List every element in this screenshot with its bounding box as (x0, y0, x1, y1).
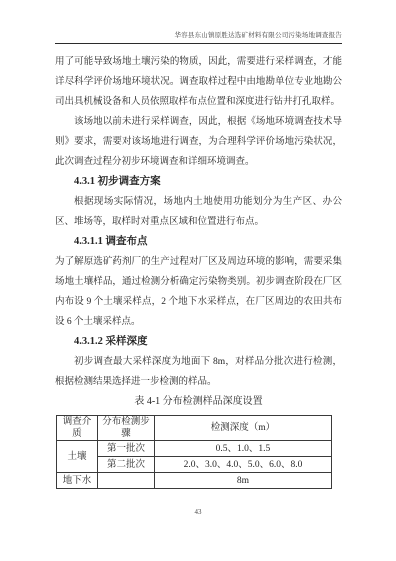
section-heading-4-3-1-2: 4.3.1.2 采样深度 (55, 332, 342, 352)
table-header-row: 调查介质 分布检测步骤 检测深度（m） (57, 416, 332, 441)
paragraph-site-zones: 根据现场实际情况，场地内土地使用功能划分为生产区、办公区、堆场等，取样时对重点区… (55, 192, 342, 232)
paragraph-sampling-points: 为了解原选矿药剂厂的生产过程对厂区及周边环境的影响，需要采集场地土壤样品，通过检… (55, 252, 342, 332)
depth-cell-first: 0.5、1.0、1.5 (155, 441, 332, 457)
table-caption: 表 4-1 分布检测样品深度设置 (55, 392, 342, 412)
table-row-soil-batch2: 第二批次 2.0、3.0、4.0、5.0、6.0、8.0 (57, 457, 332, 473)
depth-cell-second: 2.0、3.0、4.0、5.0、6.0、8.0 (155, 457, 332, 473)
medium-cell-groundwater: 地下水 (57, 473, 98, 489)
table-row-groundwater: 地下水 8m (57, 473, 332, 489)
medium-cell-soil: 土壤 (57, 441, 98, 473)
page-header: 华容县东山镇原胜达选矿材料有限公司污染场地调查报告 (55, 0, 342, 44)
header-cell-batch: 分布检测步骤 (98, 416, 155, 441)
batch-cell-second: 第二批次 (98, 457, 155, 473)
batch-cell-empty (98, 473, 155, 489)
paragraph-sampling-reason: 用了可能导致场地土壤污染的物质，因此，需要进行采样调查，才能详尽科学评价场地环境… (55, 52, 342, 112)
batch-cell-first: 第一批次 (98, 441, 155, 457)
header-title: 华容县东山镇原胜达选矿材料有限公司污染场地调查报告 (55, 0, 342, 39)
sample-depth-table: 调查介质 分布检测步骤 检测深度（m） 土壤 第一批次 0.5、1.0、1.5 … (56, 415, 332, 489)
header-rule (55, 43, 342, 44)
header-cell-medium: 调查介质 (57, 416, 98, 441)
paragraph-sampling-depth: 初步调查最大采样深度为地面下 8m，对样品分批次进行检测，根据检测结果选择进一步… (55, 352, 342, 392)
header-cell-depth: 检测深度（m） (155, 416, 332, 441)
section-heading-4-3-1: 4.3.1 初步调查方案 (55, 172, 342, 192)
paragraph-survey-basis: 该场地以前未进行采样调查，因此，根据《场地环境调查技术导则》要求，需要对该场地进… (55, 112, 342, 172)
page-number: 43 (0, 508, 396, 516)
depth-cell-groundwater: 8m (155, 473, 332, 489)
document-body: 用了可能导致场地土壤污染的物质，因此，需要进行采样调查，才能详尽科学评价场地环境… (55, 52, 342, 489)
document-page: 华容县东山镇原胜达选矿材料有限公司污染场地调查报告 用了可能导致场地土壤污染的物… (0, 0, 396, 561)
table-row-soil-batch1: 土壤 第一批次 0.5、1.0、1.5 (57, 441, 332, 457)
section-heading-4-3-1-1: 4.3.1.1 调查布点 (55, 232, 342, 252)
